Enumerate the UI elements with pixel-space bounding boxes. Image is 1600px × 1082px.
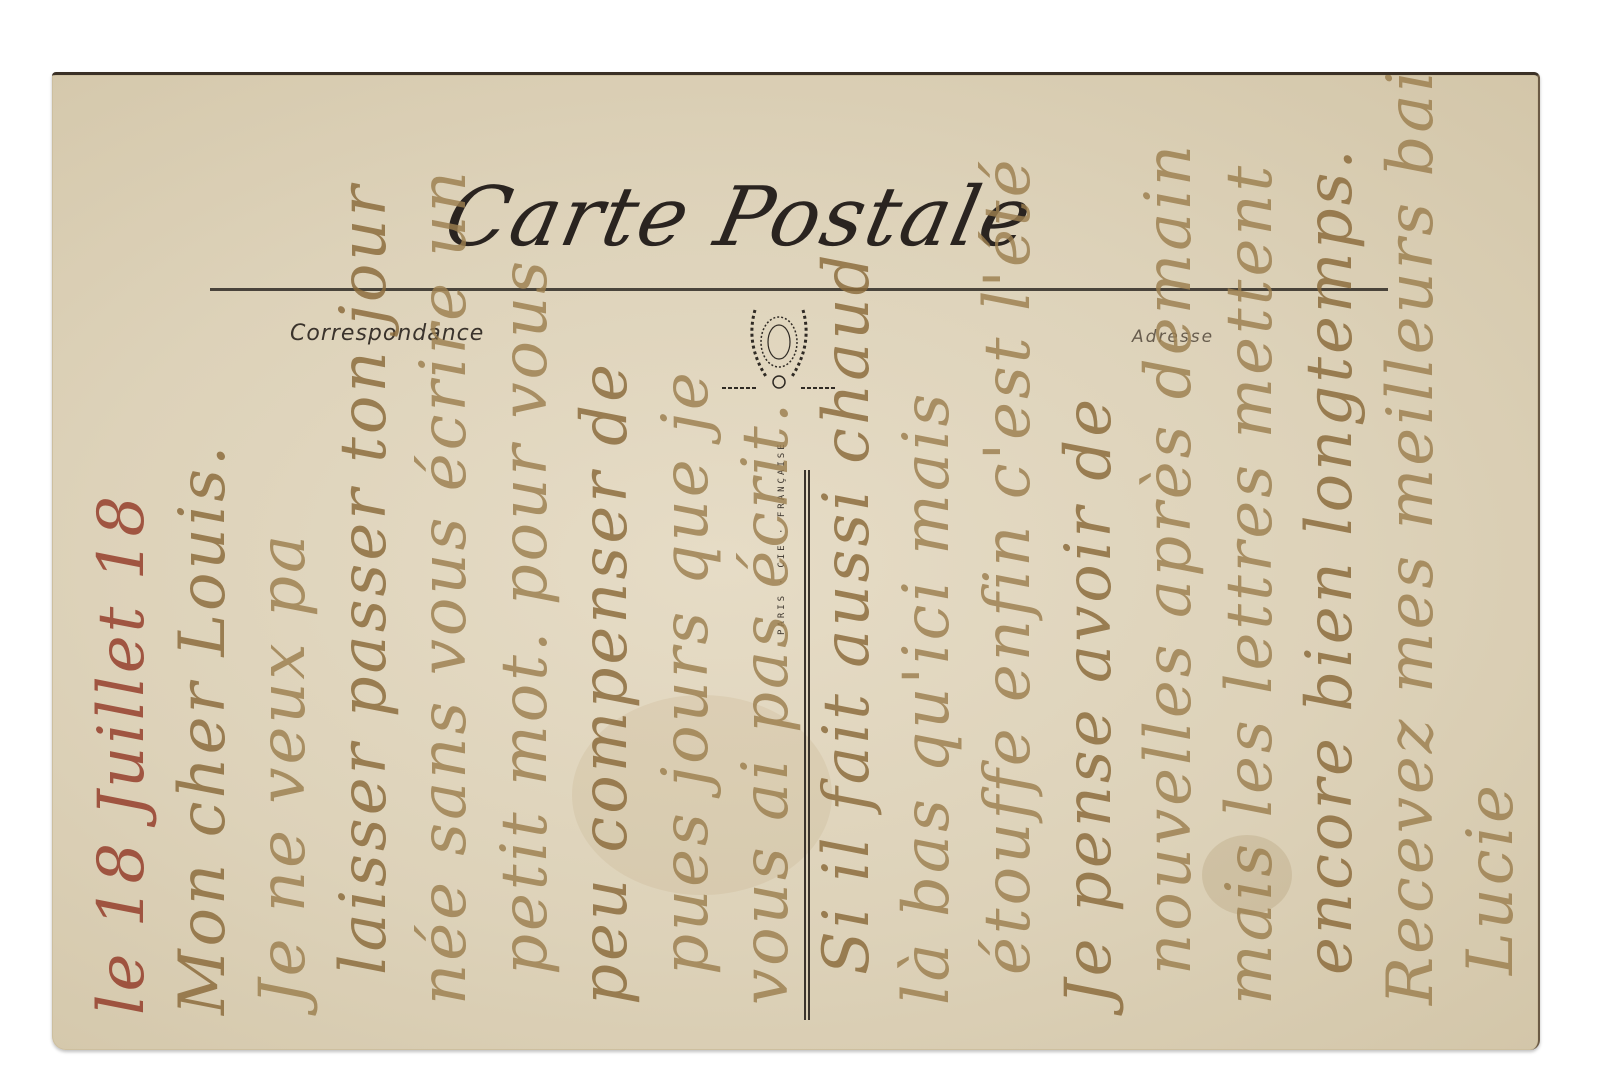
- letter-line: vous ai pas écrit.: [726, 115, 807, 1015]
- postcard-back: Carte Postale Correspondance Adresse PAR…: [52, 72, 1540, 1050]
- letter-line: étouffe enfin c'est l'été: [968, 115, 1049, 1015]
- letter-line: Je ne veux pa: [243, 115, 324, 1015]
- letter-line: Si il fait aussi chaud: [807, 115, 888, 1015]
- handwritten-letter: le 18 Juillet 18 Mon cher Louis. Je ne v…: [82, 115, 1532, 1015]
- letter-line: nouvelles après demain: [1129, 115, 1210, 1015]
- letter-line: peu compenser de: [565, 115, 646, 1015]
- letter-line: laisser passer ton jour: [324, 115, 405, 1015]
- letter-line: Lucie: [1451, 115, 1532, 1015]
- letter-line: née sans vous écrire un: [404, 115, 485, 1015]
- letter-line: Recevez mes meilleurs baisers: [1371, 115, 1452, 1015]
- letter-line: encore bien longtemps.: [1290, 115, 1371, 1015]
- letter-body: Je ne veux palaisser passer ton journée …: [243, 115, 1532, 1015]
- letter-line: pues jours que je: [646, 115, 727, 1015]
- letter-date: le 18 Juillet 18: [82, 115, 163, 1015]
- letter-line: petit mot. pour vous: [485, 115, 566, 1015]
- letter-line: mais les lettres mettent: [1210, 115, 1291, 1015]
- letter-line: Je pense avoir de: [1049, 115, 1130, 1015]
- letter-line: là bas qu'ici mais: [887, 115, 968, 1015]
- letter-salutation: Mon cher Louis.: [163, 115, 244, 1015]
